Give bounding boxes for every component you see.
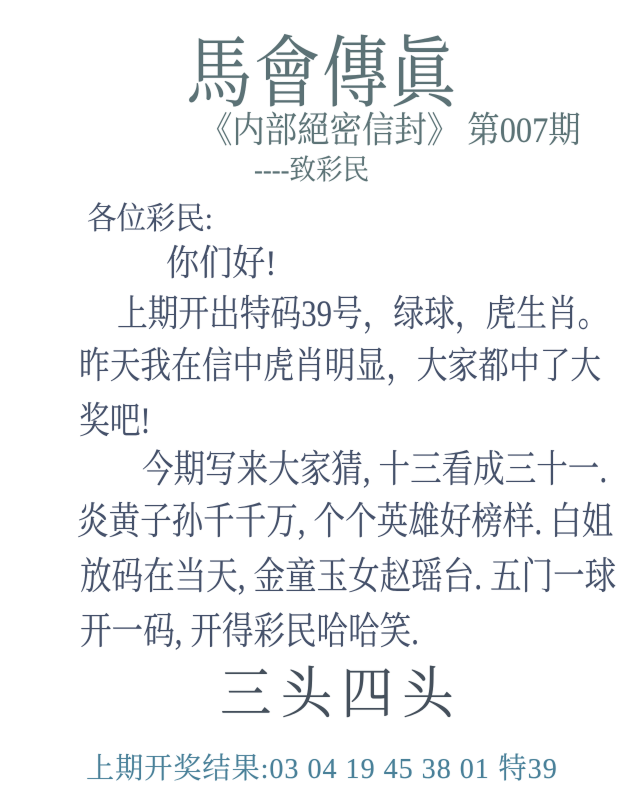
greeting: 你们好! xyxy=(166,245,276,281)
doc-title: 馬會傳眞 xyxy=(186,35,458,113)
body-line: 开一码, 开得彩民哈哈笑. xyxy=(80,613,419,651)
body-line: 今期写来大家猜, 十三看成三十一. xyxy=(142,451,607,489)
prediction-headline: 三头四头 xyxy=(220,667,463,723)
dedication-line: ----致彩民 xyxy=(254,157,369,185)
last-result-special: 特39 xyxy=(499,753,558,785)
body-line: 昨天我在信中虎肖明显，大家都中了大 xyxy=(79,348,601,385)
body-line: 奖吧! xyxy=(79,403,151,440)
last-result-numbers: 03 04 19 45 38 01 xyxy=(269,753,489,785)
last-result-line: 上期开奖结果:03 04 19 45 38 01特39 xyxy=(86,755,558,784)
body-line: 放码在当天, 金童玉女赵瑶台. 五门一球 xyxy=(80,558,616,596)
last-result-label: 上期开奖结果: xyxy=(86,753,269,785)
salutation: 各位彩民: xyxy=(87,203,213,234)
body-line: 上期开出特码39号，绿球，虎生肖。 xyxy=(117,296,608,333)
issue-line: 《内部絕密信封》 第007期 xyxy=(200,112,581,148)
body-line: 炎黄子孙千千万, 个个英雄好榜样. 白姐 xyxy=(77,503,613,541)
fax-document: 馬會傳眞 《内部絕密信封》 第007期 ----致彩民 各位彩民: 你们好! 上… xyxy=(0,0,640,805)
